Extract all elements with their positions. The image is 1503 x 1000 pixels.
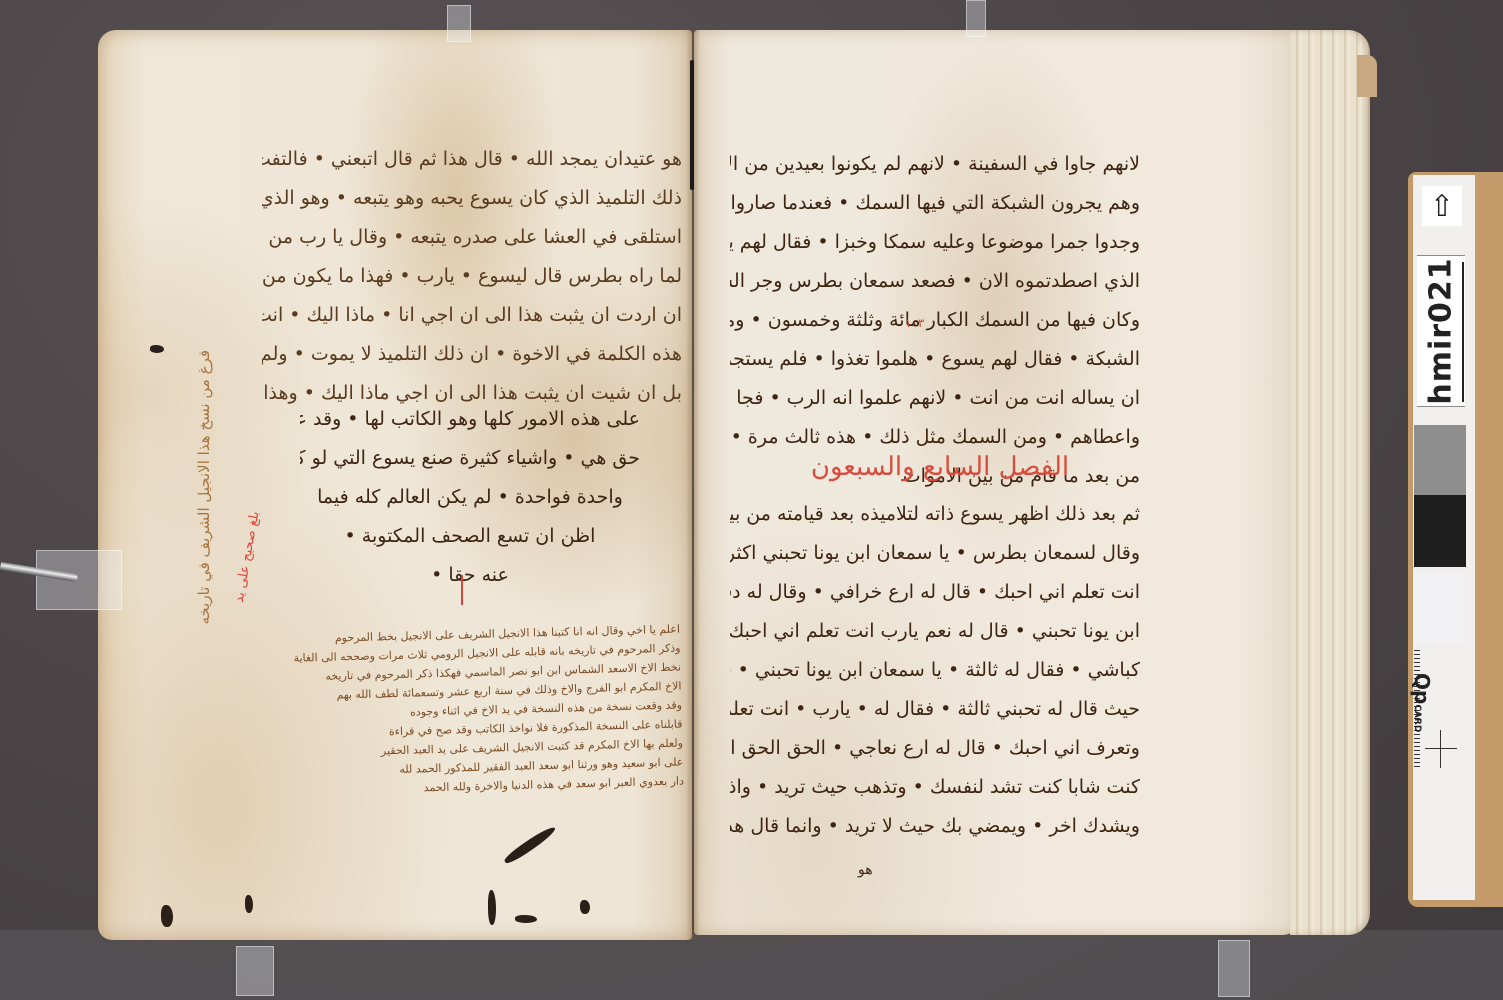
text-line: انت تعلم اني احبك • قال له ارع خرافي • و… (730, 573, 1140, 612)
label-underline (1462, 262, 1464, 402)
text-line: عنه حقا • (300, 556, 640, 595)
tape-top-right (966, 0, 986, 37)
white-swatch (1414, 573, 1466, 643)
crosshair-icon (1425, 748, 1457, 749)
text-line: وكان فيها من السمك الكبار مائة وثلثة وخم… (730, 301, 1140, 340)
tape-top-left (447, 5, 471, 42)
tape-bottom-left (236, 946, 274, 996)
red-ornament-stroke (461, 575, 463, 605)
text-line: وتعرف اني احبك • قال له ارع نعاجي • الحق… (730, 729, 1140, 768)
text-line: ابن يونا تحبني • قال له نعم يارب انت تعل… (730, 612, 1140, 651)
calibration-card-label: hmir021 (1417, 255, 1465, 407)
text-line: ان اردت ان يثبت هذا الى ان اجي انا • ماذ… (262, 296, 682, 335)
worm-hole (161, 905, 173, 927)
qpcard-logo: QpCARD (1410, 673, 1434, 732)
worm-hole (580, 900, 590, 914)
text-line: ويشدك اخر • ويمضي بك حيث لا تريد • وانما… (730, 807, 1140, 846)
text-line: هو عتيدان يمجد الله • قال هذا ثم قال اتب… (262, 140, 682, 179)
text-line: ذلك التلميذ الذي كان يسوع يحبه وهو يتبعه… (262, 179, 682, 218)
chapter-heading: الفصل السابع والسبعون (790, 452, 1090, 482)
text-line: على هذه الامور كلها وهو الكاتب لها • وقد… (300, 400, 640, 439)
text-line: الذي اصطدتموه الان • فصعد سمعان بطرس وجر… (730, 262, 1140, 301)
tape-bottom-right (1218, 940, 1250, 997)
text-line: كنت شابا كنت تشد لنفسك • وتذهب حيث تريد … (730, 768, 1140, 807)
left-page-bottom-notes: اعلم يا اخي وقال انه انا كتبنا هذا الانج… (260, 620, 684, 802)
crosshair-icon (1440, 730, 1441, 768)
worm-hole (515, 915, 537, 923)
text-line: هذه الكلمة في الاخوة • ان ذلك التلميذ لا… (262, 335, 682, 374)
page-stack-tab (1357, 55, 1377, 97)
worm-hole (245, 895, 253, 913)
text-line: حيث قال له تحبني ثالثة • فقال له • يارب … (730, 690, 1140, 729)
text-line: ثم بعد ذلك اظهر يسوع ذاته لتلاميذه بعد ق… (730, 495, 1140, 534)
calibration-card-id: hmir021 (1424, 257, 1459, 404)
text-line: وجدوا جمرا موضوعا وعليه سمكا وخبزا • فقا… (730, 223, 1140, 262)
text-line: الشبكة • فقال لهم يسوع • هلموا تغذوا • ف… (730, 340, 1140, 379)
gutter-damage (690, 60, 694, 190)
up-arrow-icon: ⇧ (1422, 186, 1462, 226)
tape-left-edge (36, 550, 122, 610)
margin-note-vertical: فرغ من نسخ هذا الانجيل الشريف في تاريخه (195, 350, 217, 610)
left-page-colophon-text: على هذه الامور كلها وهو الكاتب لها • وقد… (300, 400, 640, 595)
right-page-main-text-top: لانهم جاوا في السفينة • لانهم لم يكونوا … (730, 145, 1140, 496)
gray-swatch (1414, 425, 1466, 495)
text-line: لانهم جاوا في السفينة • لانهم لم يكونوا … (730, 145, 1140, 184)
left-page-main-text: هو عتيدان يمجد الله • قال هذا ثم قال اتب… (262, 140, 682, 413)
text-line: كباشي • فقال له ثالثة • يا سمعان ابن يون… (730, 651, 1140, 690)
text-line: وهم يجرون الشبكة التي فيها السمك • فعندم… (730, 184, 1140, 223)
black-swatch (1414, 495, 1466, 567)
worm-hole (150, 345, 164, 353)
text-line: اظن ان تسع الصحف المكتوبة • (300, 517, 640, 556)
brand-sub: CARD (1412, 704, 1422, 732)
brand-main: Qp (1410, 673, 1434, 704)
text-line: وقال لسمعان بطرس • يا سمعان ابن يونا تحب… (730, 534, 1140, 573)
text-line: واحدة فواحدة • لم يكن العالم كله فيما (300, 478, 640, 517)
catchword: هو (858, 862, 873, 878)
text-line: حق هي • واشياء كثيرة صنع يسوع التي لو كت… (300, 439, 640, 478)
background-board-lower (0, 930, 1503, 1000)
page-edges-stack (1290, 30, 1370, 935)
folio-number: ١٠٣ (905, 316, 924, 330)
text-line: لما راه بطرس قال ليسوع • يارب • فهذا ما … (262, 257, 682, 296)
worm-hole (488, 890, 496, 925)
right-page-main-text-bottom: ثم بعد ذلك اظهر يسوع ذاته لتلاميذه بعد ق… (730, 495, 1140, 846)
text-line: استلقى في العشا على صدره يتبعه • وقال يا… (262, 218, 682, 257)
text-line: ان يساله انت من انت • لانهم علموا انه ال… (730, 379, 1140, 418)
